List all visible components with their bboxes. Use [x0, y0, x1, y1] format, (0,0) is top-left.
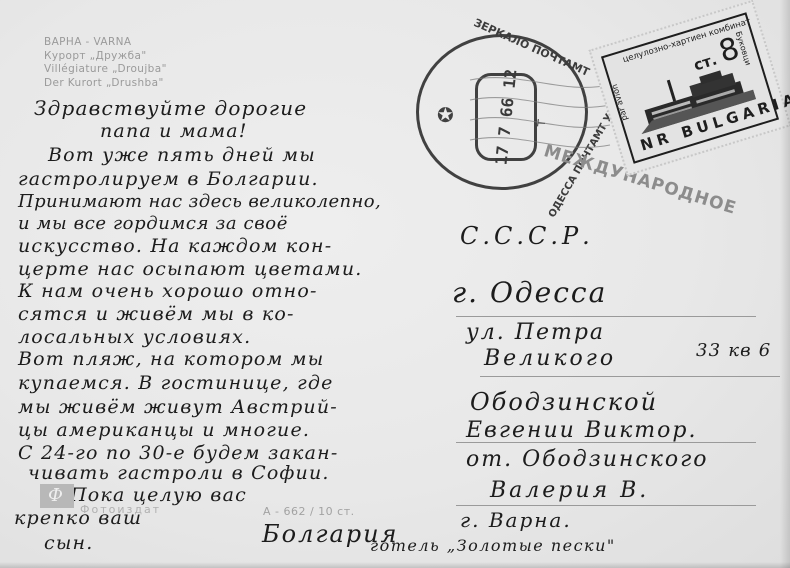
message-line: Принимают нас здесь великолепно, — [18, 191, 381, 212]
address-country: С.С.С.Р. — [460, 222, 594, 250]
sender-hotel: готель „Золотые пески" — [370, 536, 616, 555]
address-house: 33 кв 6 — [696, 340, 771, 361]
message-line: К нам очень хорошо отно- — [18, 280, 318, 302]
message-line: купаемся. В гостинице, где — [18, 372, 334, 394]
message-line: Вот пляж, на котором мы — [18, 348, 324, 370]
bottom-shadow — [0, 562, 790, 568]
sender-city: г. Варна. — [460, 508, 572, 532]
message-line: С 24-го по 30-е будем закан- — [18, 442, 338, 464]
publisher-logo: Ф — [40, 484, 74, 508]
catalog-number: А - 662 / 10 ст. — [263, 505, 355, 518]
sender-name: Валерия В. — [490, 478, 649, 503]
address-street-line1: ул. Петра — [466, 320, 605, 345]
address-street-line2: Великого — [484, 346, 616, 371]
message-line: цы американцы и многие. — [18, 419, 310, 441]
message-line: искусство. На каждом кон- — [18, 235, 332, 257]
address-rule — [456, 505, 756, 506]
address-rule — [480, 376, 780, 377]
message-line: Здравствуйте дорогие — [34, 96, 307, 120]
edge-shadow — [780, 0, 790, 568]
address-rule — [456, 442, 756, 443]
message-line: лосальных условиях. — [18, 326, 251, 348]
publisher-name: Фотоиздат — [80, 503, 161, 516]
address-recipient-line1: Ободзинской — [470, 388, 658, 416]
message-line: чивать гастроли в Софии. — [28, 462, 330, 484]
message-line: гастролируем в Болгарии. — [18, 168, 319, 190]
message-line: мы живём живут Австрий- — [18, 396, 338, 418]
publisher-logo-glyph: Ф — [48, 485, 63, 506]
message-line: церте нас осыпают цветами. — [18, 258, 363, 280]
address-rule — [456, 316, 756, 317]
stamp-airmail-label: par avion — [610, 83, 630, 122]
message-line: и мы все гордимся за своё — [18, 213, 288, 234]
message-line: папа и мама! — [100, 120, 248, 142]
sender-label: от. Ободзинского — [466, 447, 708, 472]
message-line: сын. — [44, 532, 93, 554]
message-line: сятся и живём мы в ко- — [18, 303, 295, 325]
message-line: Вот уже пять дней мы — [48, 144, 316, 166]
address-city: г. Одесса — [452, 276, 607, 309]
postcard-back: ВАРНА - VARNA Курорт „Дружба" Villégiatu… — [0, 0, 790, 568]
address-recipient-line2: Евгении Виктор. — [466, 418, 697, 443]
